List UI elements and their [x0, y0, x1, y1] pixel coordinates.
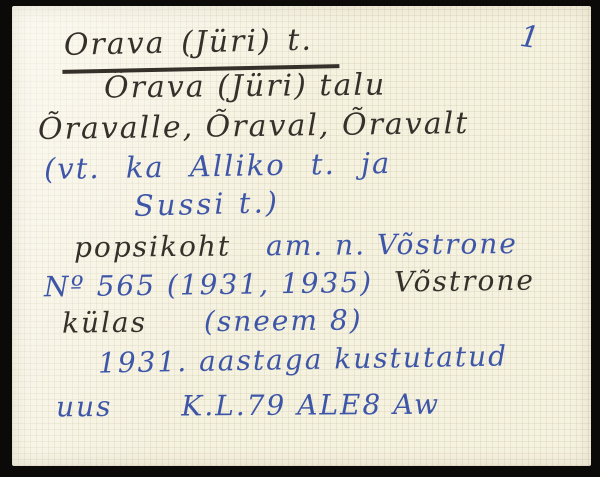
line-text: am. n. Võstrone: [266, 227, 518, 262]
line-text: Õravalle, Õraval, Õravalt: [38, 106, 470, 147]
line-text: (vt. ka Alliko t. ja: [44, 146, 392, 186]
line-text: Õrava (Jüri) talu: [104, 68, 387, 106]
handwritten-line: popsikoht am. n. Võstrone: [74, 230, 518, 262]
line-text: külas: [62, 306, 147, 340]
page-number: 1: [518, 19, 542, 56]
handwritten-line: Sussi t.): [134, 188, 281, 221]
handwritten-line: uus K.L.79 ALE8 Aw: [56, 391, 440, 422]
line-text: 1931. aastaga kustutatud: [98, 339, 509, 379]
handwritten-line: Nº 565 (1931, 1935) Võstrone: [44, 267, 535, 302]
line-text: uus: [56, 390, 113, 423]
handwritten-line: (vt. ka Alliko t. ja: [44, 149, 392, 184]
handwritten-line: külas (sneem 8): [62, 306, 363, 337]
line-text: Sussi t.): [134, 185, 281, 223]
line-text: Nº 565 (1931, 1935): [44, 266, 374, 304]
scan-frame: 1 Orava (Jüri) t. Õrava (Jüri) talu Õrav…: [0, 0, 600, 477]
card-title-line: Orava (Jüri) t.: [62, 25, 340, 74]
title-text: Orava (Jüri) t.: [64, 23, 314, 63]
line-text: (sneem 8): [204, 303, 363, 338]
handwritten-line: 1931. aastaga kustutatud: [98, 342, 509, 377]
line-text: Võstrone: [394, 264, 535, 299]
handwritten-line: Õravalle, Õraval, Õravalt: [38, 109, 470, 145]
handwritten-line: Õrava (Jüri) talu: [104, 71, 387, 104]
line-text: popsikoht: [74, 230, 231, 264]
line-text: K.L.79 ALE8 Aw: [181, 388, 440, 423]
index-card: 1 Orava (Jüri) t. Õrava (Jüri) talu Õrav…: [12, 6, 591, 466]
